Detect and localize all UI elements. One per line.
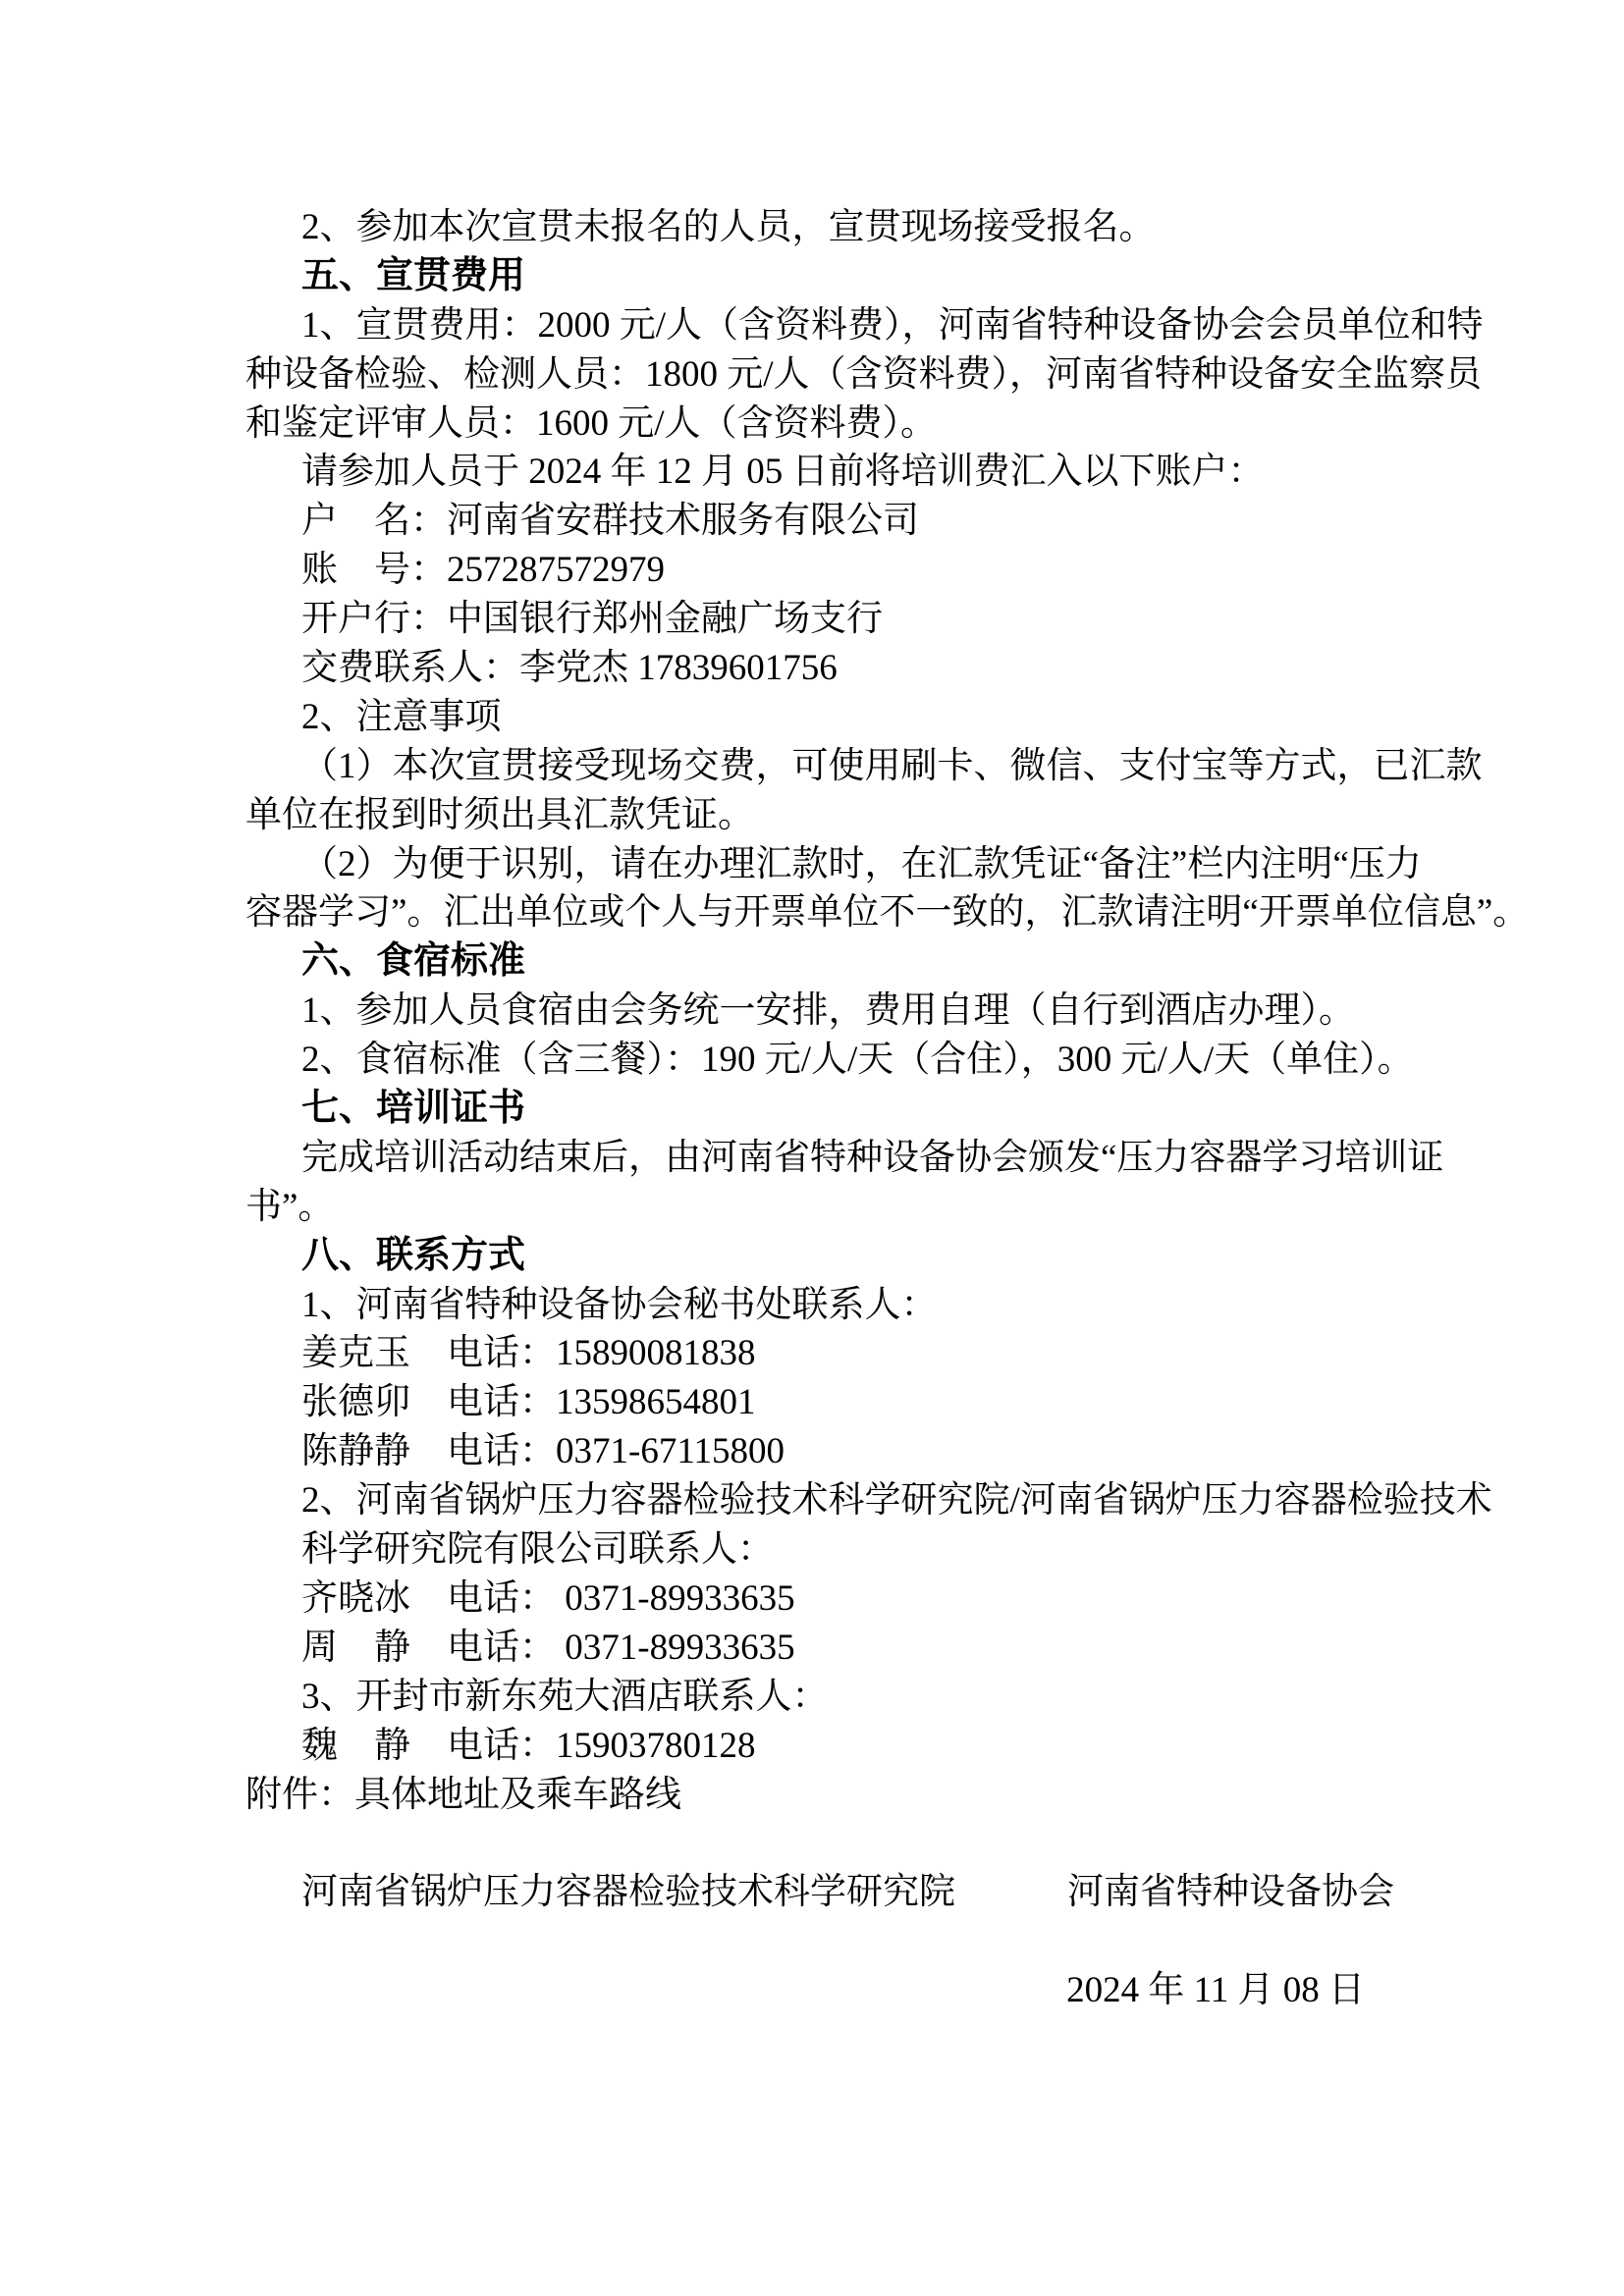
signature-line: 河南省锅炉压力容器检验技术科学研究院河南省特种设备协会 — [245, 1868, 1365, 1917]
blank-line — [245, 1819, 1365, 1868]
heading-contact: 八、联系方式 — [245, 1232, 1365, 1281]
heading-certificate: 七、培训证书 — [245, 1085, 1365, 1134]
line-fee-1: 1、宣贯费用：2000 元/人（含资料费），河南省特种设备协会会员单位和特 — [245, 301, 1365, 350]
line-contact-zhoujing: 周 静 电话： 0371-89933635 — [245, 1624, 1365, 1673]
document-page: 2、参加本次宣贯未报名的人员，宣贯现场接受报名。 五、宣贯费用 1、宣贯费用：2… — [0, 0, 1624, 2296]
line-note1-b: 单位在报到时须出具汇款凭证。 — [245, 791, 1365, 840]
line-account-name: 户 名：河南省安群技术服务有限公司 — [245, 497, 1365, 546]
line-fee-2: 种设备检验、检测人员：1800 元/人（含资料费），河南省特种设备安全监察员 — [245, 350, 1365, 400]
line-fee-3: 和鉴定评审人员：1600 元/人（含资料费）。 — [245, 400, 1365, 449]
line-attachment: 附件：具体地址及乘车路线 — [245, 1771, 1365, 1820]
line-bank-branch: 开户行：中国银行郑州金融广场支行 — [245, 595, 1365, 644]
line-accommodation-1: 1、参加人员食宿由会务统一安排，费用自理（自行到酒店办理）。 — [245, 987, 1365, 1036]
line-payment-contact: 交费联系人：李党杰 17839601756 — [245, 644, 1365, 693]
line-contact-jiangkeyu: 姜克玉 电话：15890081838 — [245, 1329, 1365, 1378]
line-note1-a: （1）本次宣贯接受现场交费，可使用刷卡、微信、支付宝等方式，已汇款 — [245, 742, 1365, 791]
blank-line — [245, 1917, 1365, 1966]
line-notes-title: 2、注意事项 — [245, 693, 1365, 742]
line-certificate-b: 书”。 — [245, 1183, 1365, 1232]
heading-fees: 五、宣贯费用 — [245, 252, 1365, 301]
line-contact-group2-b: 科学研究院有限公司联系人： — [245, 1525, 1365, 1575]
document-body: 2、参加本次宣贯未报名的人员，宣贯现场接受报名。 五、宣贯费用 1、宣贯费用：2… — [245, 203, 1365, 2015]
signature-org-left: 河南省锅炉压力容器检验技术科学研究院 — [301, 1872, 955, 1912]
line-note2-b: 容器学习”。汇出单位或个人与开票单位不一致的，汇款请注明“开票单位信息”。 — [245, 888, 1365, 937]
line-register-onsite: 2、参加本次宣贯未报名的人员，宣贯现场接受报名。 — [245, 203, 1365, 252]
line-note2-a: （2）为便于识别，请在办理汇款时，在汇款凭证“备注”栏内注明“压力 — [245, 840, 1365, 889]
line-contact-weijing: 魏 静 电话：15903780128 — [245, 1722, 1365, 1771]
line-contact-group2-a: 2、河南省锅炉压力容器检验技术科学研究院/河南省锅炉压力容器检验技术 — [245, 1476, 1365, 1525]
line-contact-zhangdemao: 张德卯 电话：13598654801 — [245, 1378, 1365, 1427]
line-contact-chenjingjing: 陈静静 电话：0371-67115800 — [245, 1427, 1365, 1476]
line-payment-deadline: 请参加人员于 2024 年 12 月 05 日前将培训费汇入以下账户： — [245, 448, 1365, 497]
line-certificate-a: 完成培训活动结束后，由河南省特种设备协会颁发“压力容器学习培训证 — [245, 1134, 1365, 1183]
date-line: 2024 年 11 月 08 日 — [245, 1966, 1365, 2015]
signature-org-right: 河南省特种设备协会 — [1067, 1872, 1394, 1912]
line-account-number: 账 号：257287572979 — [245, 546, 1365, 595]
line-accommodation-2: 2、食宿标准（含三餐）：190 元/人/天（合住），300 元/人/天（单住）。 — [245, 1036, 1365, 1085]
line-contact-group3: 3、开封市新东苑大酒店联系人： — [245, 1673, 1365, 1722]
line-contact-group1: 1、河南省特种设备协会秘书处联系人： — [245, 1281, 1365, 1330]
line-contact-qixiaobing: 齐晓冰 电话： 0371-89933635 — [245, 1575, 1365, 1624]
heading-accommodation: 六、食宿标准 — [245, 937, 1365, 987]
